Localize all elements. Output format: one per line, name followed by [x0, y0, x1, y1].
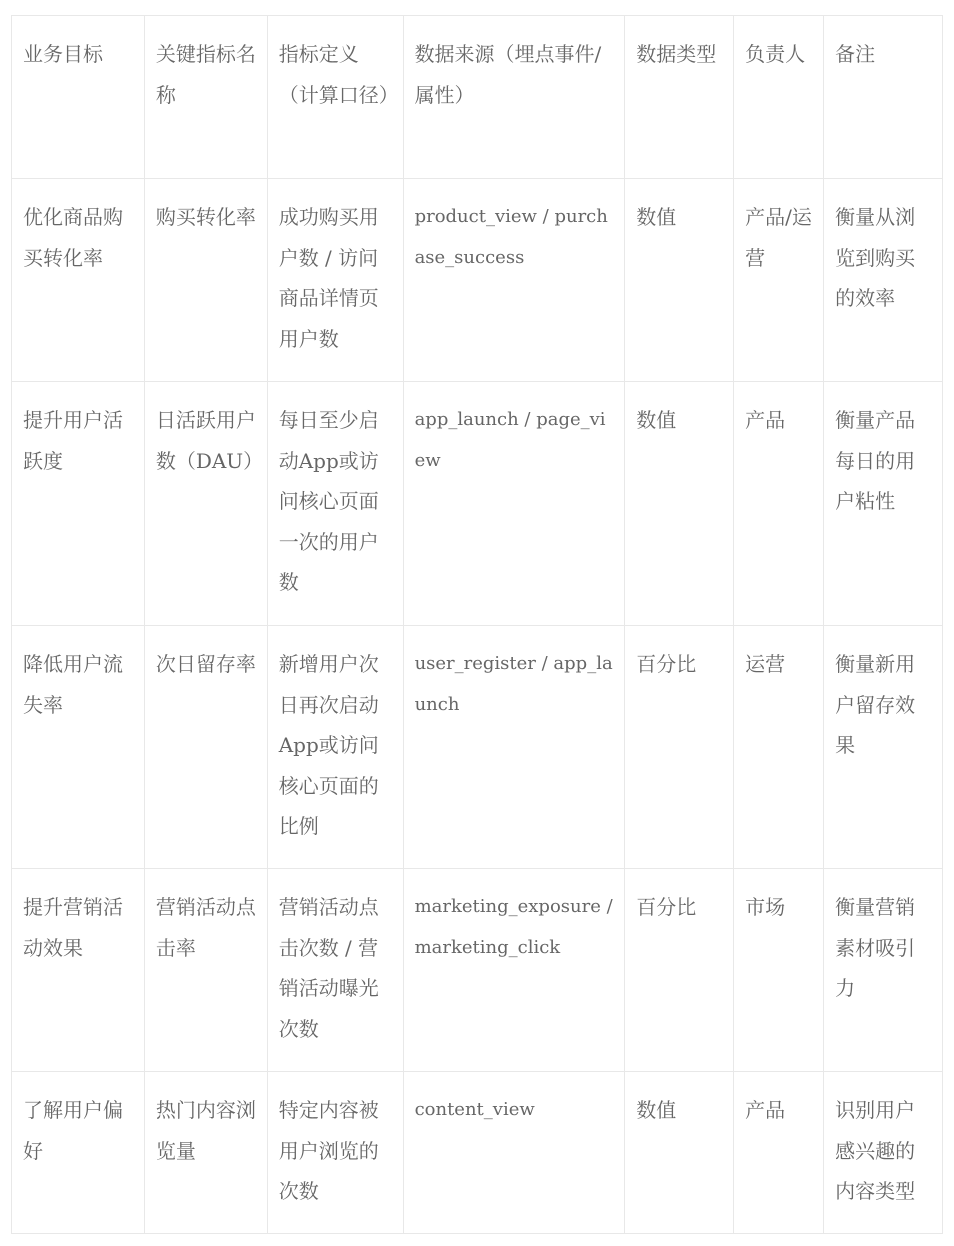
cell-metric-definition: 每日至少启动App或访问核心页面一次的用户数: [267, 382, 403, 626]
cell-metric-definition: 新增用户次日再次启动App或访问核心页面的比例: [267, 626, 403, 869]
cell-data-type: 数值: [625, 1072, 734, 1234]
cell-notes: 衡量产品每日的用户粘性: [824, 382, 943, 626]
cell-metric-definition: 成功购买用户数 / 访问商品详情页用户数: [267, 179, 403, 382]
header-metric-name: 关键指标名称: [144, 16, 267, 179]
cell-data-source: content_view: [403, 1072, 625, 1234]
table-header-row: 业务目标 关键指标名称 指标定义（计算口径） 数据来源（埋点事件/属性） 数据类…: [12, 16, 943, 179]
cell-notes: 衡量营销素材吸引力: [824, 869, 943, 1072]
table-row: 降低用户流失率 次日留存率 新增用户次日再次启动App或访问核心页面的比例 us…: [12, 626, 943, 869]
cell-owner: 运营: [734, 626, 824, 869]
cell-metric-definition: 营销活动点击次数 / 营销活动曝光次数: [267, 869, 403, 1072]
cell-business-goal: 提升用户活跃度: [12, 382, 145, 626]
cell-metric-definition: 特定内容被用户浏览的次数: [267, 1072, 403, 1234]
table-row: 优化商品购买转化率 购买转化率 成功购买用户数 / 访问商品详情页用户数 pro…: [12, 179, 943, 382]
cell-notes: 衡量新用户留存效果: [824, 626, 943, 869]
metrics-table: 业务目标 关键指标名称 指标定义（计算口径） 数据来源（埋点事件/属性） 数据类…: [11, 15, 943, 1234]
table-row: 提升营销活动效果 营销活动点击率 营销活动点击次数 / 营销活动曝光次数 mar…: [12, 869, 943, 1072]
cell-data-type: 数值: [625, 382, 734, 626]
cell-owner: 产品/运营: [734, 179, 824, 382]
cell-metric-name: 购买转化率: [144, 179, 267, 382]
cell-data-source: product_view / purchase_success: [403, 179, 625, 382]
cell-business-goal: 了解用户偏好: [12, 1072, 145, 1234]
table-row: 了解用户偏好 热门内容浏览量 特定内容被用户浏览的次数 content_view…: [12, 1072, 943, 1234]
cell-metric-name: 次日留存率: [144, 626, 267, 869]
header-business-goal: 业务目标: [12, 16, 145, 179]
cell-owner: 产品: [734, 382, 824, 626]
header-owner: 负责人: [734, 16, 824, 179]
cell-data-source: app_launch / page_view: [403, 382, 625, 626]
cell-owner: 市场: [734, 869, 824, 1072]
cell-data-source: marketing_exposure / marketing_click: [403, 869, 625, 1072]
cell-business-goal: 提升营销活动效果: [12, 869, 145, 1072]
cell-data-type: 数值: [625, 179, 734, 382]
cell-owner: 产品: [734, 1072, 824, 1234]
cell-business-goal: 优化商品购买转化率: [12, 179, 145, 382]
cell-data-type: 百分比: [625, 869, 734, 1072]
header-metric-definition: 指标定义（计算口径）: [267, 16, 403, 179]
cell-data-type: 百分比: [625, 626, 734, 869]
cell-metric-name: 日活跃用户数（DAU）: [144, 382, 267, 626]
cell-notes: 衡量从浏览到购买的效率: [824, 179, 943, 382]
cell-metric-name: 营销活动点击率: [144, 869, 267, 1072]
header-notes: 备注: [824, 16, 943, 179]
cell-metric-name: 热门内容浏览量: [144, 1072, 267, 1234]
cell-business-goal: 降低用户流失率: [12, 626, 145, 869]
table-row: 提升用户活跃度 日活跃用户数（DAU） 每日至少启动App或访问核心页面一次的用…: [12, 382, 943, 626]
cell-data-source: user_register / app_launch: [403, 626, 625, 869]
header-data-type: 数据类型: [625, 16, 734, 179]
header-data-source: 数据来源（埋点事件/属性）: [403, 16, 625, 179]
cell-notes: 识别用户感兴趣的内容类型: [824, 1072, 943, 1234]
